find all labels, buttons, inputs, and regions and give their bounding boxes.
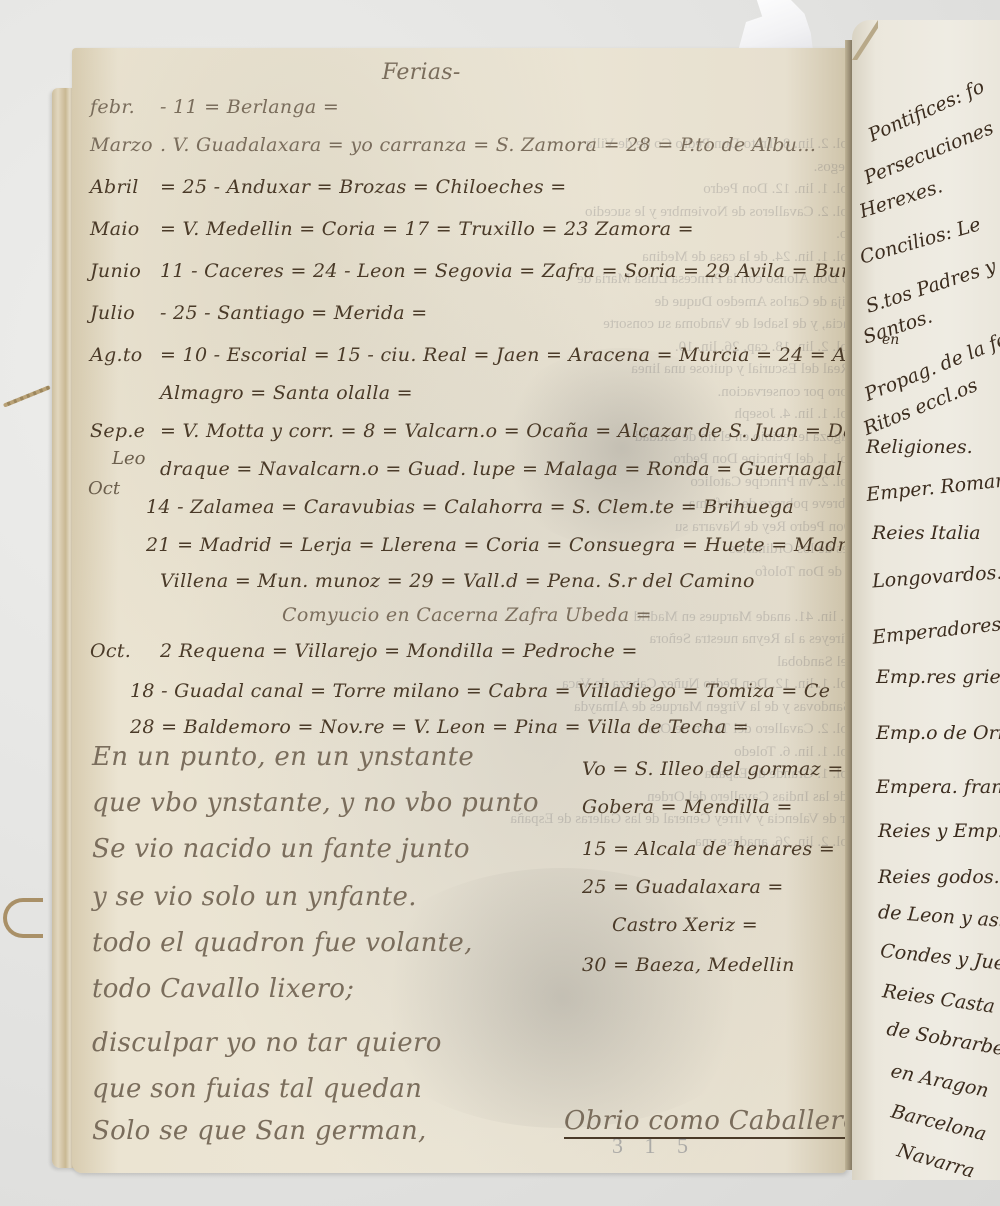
note-line: Reies y Emp. t: [878, 820, 1000, 842]
margin-note: Oct: [88, 478, 120, 499]
note-line: Longovardos.: [871, 561, 1000, 592]
note-line: Reies Casta: [881, 980, 996, 1018]
side-list-item: Castro Xeriz =: [612, 914, 758, 936]
note-line: Concilios: Le: [857, 213, 983, 268]
verse-line: todo Cavallo lixero;: [92, 974, 354, 1004]
printed-page-number: 3 1 5: [612, 1133, 696, 1159]
note-line: Emperadores: [871, 613, 1000, 648]
note-line: Empera. franc: [876, 776, 1000, 798]
side-list-item: Gobera = Mendilla =: [582, 796, 793, 818]
note-line: Religiones.: [866, 436, 973, 458]
side-list-item: 15 = Alcala de henares =: [582, 838, 835, 860]
verse-line: Se vio nacido un fante junto: [92, 834, 470, 864]
note-line: Navarra: [895, 1139, 977, 1180]
calendar-line: Junio11 - Caceres = 24 - Leon = Segovia …: [90, 260, 847, 282]
calendar-line: Villena = Mun. munoz = 29 = Vall.d = Pen…: [160, 570, 755, 592]
note-line: en Aragon: [889, 1060, 991, 1102]
note-line: de Sobrarbe: [885, 1018, 1000, 1060]
verse-line: que son fuias tal quedan: [92, 1074, 422, 1104]
side-list-item: 25 = Guadalaxara =: [582, 876, 784, 898]
binding-string-loop: [3, 898, 43, 938]
note-line: Barcelona: [889, 1101, 989, 1146]
calendar-line: 14 - Zalamea = Caravubias = Calahorra = …: [146, 496, 794, 518]
calendar-line: Abril= 25 - Anduxar = Brozas = Chiloeche…: [90, 176, 567, 198]
calendar-line: 21 = Madrid = Lerja = Llerena = Coria = …: [146, 534, 847, 556]
calendar-line: 18 - Guadal canal = Torre milano = Cabra…: [130, 680, 830, 702]
calendar-line: Ag.to= 10 - Escorial = 15 - ciu. Real = …: [90, 344, 847, 366]
calendar-line: Maio= V. Medellin = Coria = 17 = Truxill…: [90, 218, 694, 240]
verse-line: En un punto, en un ynstante: [92, 742, 474, 772]
verse-line: y se vio solo un ynfante.: [92, 882, 417, 912]
margin-note: Leo: [112, 448, 145, 469]
calendar-line: febr.- 11 = Berlanga =: [90, 96, 339, 118]
note-line: en: [882, 332, 899, 348]
left-manuscript-page: Fol. 149. col. 2. lin. 8. Trato Don Pedr…: [72, 48, 847, 1173]
calendar-line: Sep.e= V. Motta y corr. = 8 = Valcarn.o …: [90, 420, 847, 442]
verse-line-signature: Obrio como Caballero: [564, 1106, 847, 1139]
verse-line: todo el quadron fue volante,: [92, 928, 473, 958]
side-list-item: Vo = S. Illeo del gormaz =: [582, 758, 844, 780]
note-line: de Leon y astu: [877, 901, 1000, 933]
verse-line: Solo se que San german,: [92, 1116, 427, 1146]
verse-line: que vbo ynstante, y no vbo punto: [92, 788, 539, 818]
page-heading: Ferias-: [382, 60, 461, 85]
side-list-item: 30 = Baeza, Medellin: [582, 954, 795, 976]
calendar-line: 28 = Baldemoro = Nov.re = V. Leon = Pina…: [130, 716, 749, 738]
note-line: Condes y Jueces: [879, 940, 1000, 978]
calendar-line: Comyucio en Cacerna Zafra Ubeda =: [282, 604, 652, 626]
calendar-line: Julio- 25 - Santiago = Merida =: [90, 302, 427, 324]
note-line: Emp.res griego: [876, 666, 1000, 688]
note-line: Reies godos.: [878, 866, 1000, 888]
calendar-line: draque = Navalcarn.o = Guad. lupe = Mala…: [160, 458, 842, 480]
note-line: Reies Italia: [872, 522, 981, 544]
note-line: Emper. Romano: [865, 468, 1000, 506]
right-manuscript-page: Pontifices: fo Persecuciones Herexes. Co…: [852, 20, 1000, 1180]
calendar-line: Oct.2 Requena = Villarejo = Mondilla = P…: [90, 640, 638, 662]
note-line: Emp.o de Orie: [876, 722, 1000, 744]
calendar-line: Marzo. V. Guadalaxara = yo carranza = S.…: [90, 134, 816, 156]
calendar-line: Almagro = Santa olalla =: [160, 382, 413, 404]
verse-line: disculpar yo no tar quiero: [92, 1028, 442, 1058]
